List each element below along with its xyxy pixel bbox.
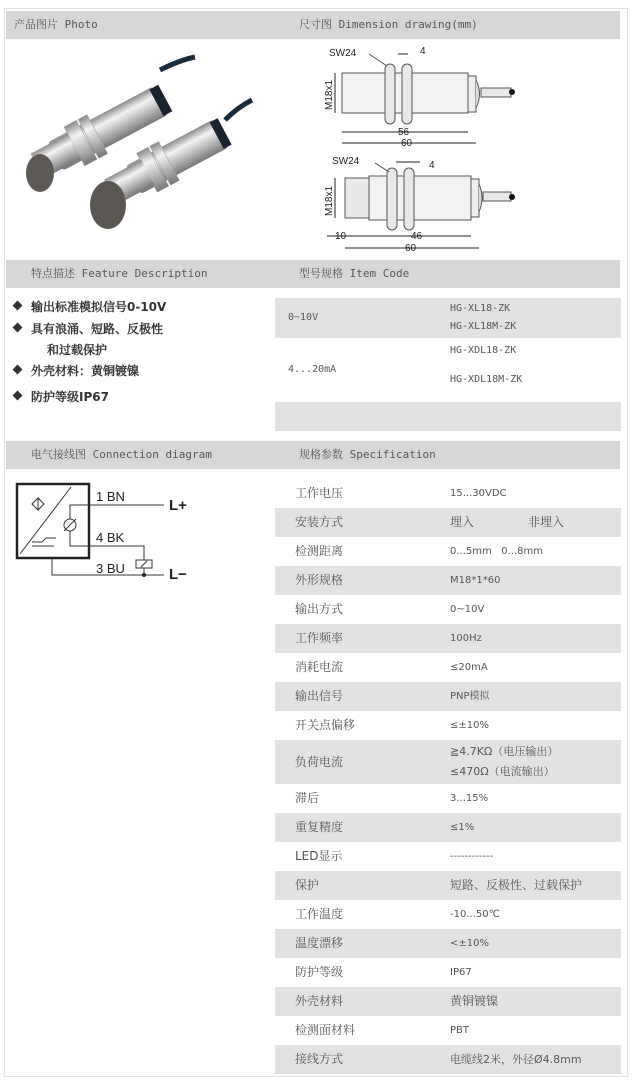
thread-label-bottom: M18x1	[324, 186, 335, 216]
connection-diagram: 1 BN 4 BK 3 BU L+ L−	[14, 480, 214, 580]
spec-header: 规格参数 Specification	[299, 441, 436, 469]
spec-row: 检测距离0...5mm 0...8mm	[275, 537, 621, 566]
spec-row: 重复精度≤1%	[275, 813, 621, 842]
sw-label-top: SW24	[329, 48, 357, 59]
feature-item: 和过载保护	[47, 341, 107, 358]
diamond-bullet-icon	[13, 365, 23, 375]
spec-row: 消耗电流≤20mA	[275, 653, 621, 682]
spec-row: 温度漂移<±10%	[275, 929, 621, 958]
nut-label-bottom: 4	[429, 160, 435, 171]
len-inner-bottom: 46	[411, 231, 423, 242]
spec-row: 开关点偏移≤±10%	[275, 711, 621, 740]
connection-header: 电气接线图 Connection diagram	[31, 441, 212, 469]
header-photo-dimension: 产品图片 Photo 尺寸图 Dimension drawing(mm)	[6, 11, 620, 39]
header-connection-spec: 电气接线图 Connection diagram 规格参数 Specificat…	[6, 441, 620, 469]
photo-header: 产品图片 Photo	[14, 11, 98, 39]
spec-row: 安装方式埋入非埋入	[275, 508, 621, 537]
minus-terminal: L−	[169, 566, 187, 580]
len-total-bottom: 60	[405, 243, 417, 254]
wire-4bk: 4 BK	[96, 530, 125, 545]
spec-row: 接线方式电缆线2米，外径Ø4.8mm	[275, 1045, 621, 1074]
spec-row: 检测面材料PBT	[275, 1016, 621, 1045]
spec-row: 输出信号PNP模拟	[275, 682, 621, 711]
nut-label-top: 4	[420, 46, 426, 57]
feature-item: 外壳材料：黄铜镀镍	[12, 362, 139, 379]
spec-row: 工作电压15...30VDC	[275, 479, 621, 508]
dimension-drawing-bottom: M18x1 SW24 4 10 46 60	[295, 148, 515, 254]
spec-row: 输出方式0~10V	[275, 595, 621, 624]
spec-row: LED显示------------	[275, 842, 621, 871]
spec-row: 防护等级IP67	[275, 958, 621, 987]
feature-item: 防护等级IP67	[12, 388, 109, 405]
wire-3bu: 3 BU	[96, 561, 125, 576]
len-head-bottom: 10	[335, 231, 347, 242]
feature-item: 具有浪涌、短路、反极性	[12, 320, 163, 337]
itemcode-row: 4...20mA HG-XDL18-ZK HG-XDL18M-ZK	[275, 338, 621, 402]
dimension-header: 尺寸图 Dimension drawing(mm)	[299, 11, 478, 39]
diamond-bullet-icon	[13, 323, 23, 333]
diamond-bullet-icon	[13, 301, 23, 311]
itemcode-row: 0~10V HG-XL18-ZK HG-XL18M-ZK	[275, 298, 621, 338]
thread-label-top: M18x1	[324, 80, 335, 110]
spec-row: 外形规格M18*1*60	[275, 566, 621, 595]
feature-header: 特点描述 Feature Description	[31, 260, 207, 288]
product-photo	[10, 45, 270, 245]
spec-row: 工作频率100Hz	[275, 624, 621, 653]
diamond-bullet-icon	[13, 391, 23, 401]
feature-item: 输出标准模拟信号0-10V	[12, 298, 166, 315]
itemcode-row-empty	[275, 402, 621, 431]
spec-row: 负荷电流≧4.7KΩ（电压输出）≤470Ω（电流输出）	[275, 740, 621, 784]
dimension-drawing-top: M18x1 SW24 4 56 60	[295, 42, 515, 150]
spec-row: 工作温度-10...50℃	[275, 900, 621, 929]
sw-label-bottom: SW24	[332, 156, 360, 167]
itemcode-header: 型号规格 Item Code	[299, 260, 409, 288]
spec-row: 滞后3...15%	[275, 784, 621, 813]
plus-terminal: L+	[169, 497, 187, 514]
wire-1bn: 1 BN	[96, 489, 125, 504]
header-feature-itemcode: 特点描述 Feature Description 型号规格 Item Code	[6, 260, 620, 288]
spec-row: 外壳材料黄铜镀镍	[275, 987, 621, 1016]
spec-row: 保护短路、反极性、过载保护	[275, 871, 621, 900]
len-inner-top: 56	[398, 127, 410, 138]
